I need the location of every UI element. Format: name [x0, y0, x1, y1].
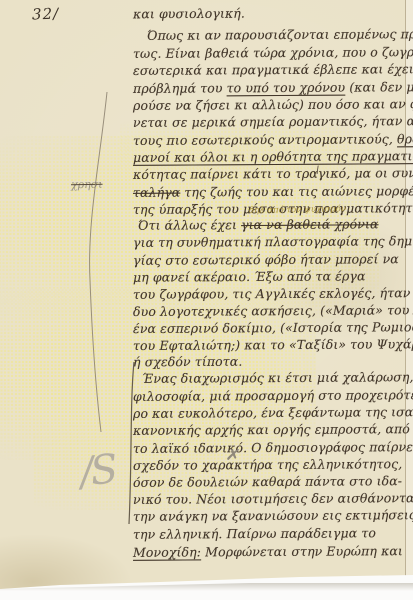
- manuscript-line: νεται σε μερικά σημεία ρομαντικός, ήταν …: [133, 113, 413, 130]
- manuscript-line: κότητας παίρνει κάτι το τραγικό, μα οι σ…: [133, 165, 413, 182]
- manuscript-segment-normal: μη φανεί ακέραιο. Έξω από τα έργα: [133, 268, 366, 284]
- manuscript-page: 32/ και φυσιολογική.Όπως κι αν παρουσιάζ…: [0, 0, 413, 600]
- pencil-x-mark: ✗: [224, 444, 242, 466]
- manuscript-line: για τη συνθηματική πλαστογραφία της δημι…: [133, 233, 413, 250]
- manuscript-line: φιλοσοφία, μιά προσαρμογή στο προχειρότε…: [133, 387, 413, 404]
- manuscript-line: ρο και ευκολότερο, ένα ξεφάντωμα της ισα…: [133, 404, 413, 421]
- manuscript-segment-normal: το λαϊκό ιδανικό. Ο δημοσιογράφος παίρνε…: [133, 439, 413, 456]
- manuscript-segment-normal: και φυσιολογική.: [133, 6, 245, 22]
- manuscript-segment-normal: όσον δε δουλειών καθαρά πάντα στο ιδα-: [133, 473, 402, 490]
- manuscript-line: του ζωγράφου, τις Αγγλικές εκλογές, ήταν: [133, 285, 411, 302]
- manuscript-line: ή σχεδόν τίποτα.: [133, 354, 242, 370]
- manuscript-segment-normal: εσωτερικά και πραγματικά έβλεπε και έχει…: [133, 61, 413, 78]
- manuscript-segment-normal: Ένας διαχωρισμός κι έτσι μιά χαλάρωση, μ…: [142, 369, 413, 386]
- manuscript-line: μη φανεί ακέραιο. Έξω από τα έργα: [133, 268, 366, 284]
- manuscript-segment-normal: γίας στο εσωτερικό φόβο ήταν μπορεί να: [133, 251, 399, 268]
- manuscript-segment-underline: μανοί και όλοι κι η ορθότητα της πραγματ…: [133, 148, 413, 165]
- manuscript-segment-normal: κανονικής αρχής και οργής εμπροστά, από: [133, 421, 410, 438]
- manuscript-segment-normal: ή σχεδόν τίποτα.: [133, 354, 242, 370]
- manuscript-segment-normal: νικό του. Νέοι ισοτιμήσεις δεν αισθάνοντ…: [133, 490, 413, 507]
- manuscript-segment-normal: Ότι άλλως έχει: [138, 217, 241, 233]
- manuscript-segment-normal: δυο λογοτεχνικές ασκήσεις, («Μαριά» του …: [133, 302, 413, 319]
- manuscript-segment-normal: την ανάγκη να ξανανιώσουν εις εκτιμήσεις: [133, 507, 413, 524]
- manuscript-line: την ανάγκη να ξανανιώσουν εις εκτιμήσεις: [133, 507, 413, 524]
- manuscript-segment-normal: πρόβλημά του: [133, 80, 227, 96]
- manuscript-line: εσωτερικά και πραγματικά έβλεπε και έχει…: [133, 61, 413, 78]
- manuscript-segment-normal: φιλοσοφία, μιά προσαρμογή στο προχειρότε…: [133, 387, 413, 404]
- manuscript-segment-underline: Μονοχίδη:: [133, 544, 201, 559]
- manuscript-segment-normal: ρο και ευκολότερο, ένα ξεφάντωμα της ισα…: [133, 404, 413, 421]
- manuscript-line: την ελληνική. Παίρνω παράδειγμα το: [133, 525, 376, 541]
- manuscript-segment-normal: της ζωής του και τις αιώνιες μορφές: [180, 183, 413, 199]
- manuscript-segment-underline: το υπό του χρόνου: [227, 80, 346, 96]
- manuscript-line: σχεδόν το χαρακτήρα της ελληνικότητος,: [133, 456, 402, 473]
- manuscript-line: δυο λογοτεχνικές ασκήσεις, («Μαριά» του …: [133, 302, 413, 319]
- manuscript-segment-normal: τους πιο εσωτερικούς αντιρομαντικούς,: [133, 131, 397, 148]
- manuscript-line: το λαϊκό ιδανικό. Ο δημοσιογράφος παίρνε…: [133, 439, 413, 456]
- manuscript-segment-normal: Όπως κι αν παρουσιάζονται επομένως πρώ-: [147, 26, 413, 43]
- manuscript-line: μανοί και όλοι κι η ορθότητα της πραγματ…: [133, 148, 413, 165]
- page-number: 32/: [32, 5, 60, 24]
- pencil-numeral-mark: /S: [78, 446, 118, 495]
- manuscript-segment-normal: Μορφώνεται στην Ευρώπη και: [201, 543, 403, 559]
- manuscript-segment-strike: για να βαθειά χρόνια: [241, 216, 379, 232]
- manuscript-segment-normal: ένα εσπερινό δοκίμιο, («Ιστορία της Ρωμι…: [133, 319, 413, 336]
- manuscript-segment-normal: για τη συνθηματική πλαστογραφία της δημι…: [133, 233, 413, 250]
- manuscript-line: νικό του. Νέοι ισοτιμήσεις δεν αισθάνοντ…: [133, 490, 413, 507]
- manuscript-line: και φυσιολογική.: [133, 6, 245, 22]
- manuscript-line: γίας στο εσωτερικό φόβο ήταν μπορεί να: [133, 251, 399, 268]
- manuscript-segment-normal: την ελληνική. Παίρνω παράδειγμα το: [133, 525, 376, 541]
- interlinear-correction-note: δηλ από τον ψυχισμόν: [249, 204, 346, 216]
- manuscript-segment-normal: ρούσε να ζήσει κι αλλιώς) που όσο και αν…: [133, 96, 413, 113]
- manuscript-segment-normal: (και δεν μπο-: [345, 79, 413, 95]
- manuscript-segment-underline: θρασύ-: [397, 131, 413, 146]
- manuscript-line: Ότι άλλως έχει για να βαθειά χρόνια: [138, 216, 379, 232]
- manuscript-segment-normal: σχεδόν το χαρακτήρα της ελληνικότητος,: [133, 456, 402, 473]
- manuscript-line: κανονικής αρχής και οργής εμπροστά, από: [133, 421, 410, 438]
- manuscript-line: πρόβλημά του το υπό του χρόνου (και δεν …: [133, 79, 413, 96]
- manuscript-line: τους πιο εσωτερικούς αντιρομαντικούς, θρ…: [133, 131, 413, 148]
- manuscript-line: ρούσε να ζήσει κι αλλιώς) που όσο και αν…: [133, 96, 413, 113]
- manuscript-line: ένα εσπερινό δοκίμιο, («Ιστορία της Ρωμι…: [133, 319, 413, 336]
- manuscript-segment-normal: νεται σε μερικά σημεία ρομαντικός, ήταν …: [133, 113, 413, 130]
- manuscript-line: του Εφταλιώτη;) και το «Ταξίδι» του Ψυχά…: [133, 336, 413, 353]
- manuscript-line: όσον δε δουλειών καθαρά πάντα στο ιδα-: [133, 473, 402, 490]
- manuscript-line: Όπως κι αν παρουσιάζονται επομένως πρώ-: [147, 26, 413, 43]
- manuscript-segment-normal: κότητας παίρνει κάτι το τραγικό, μα οι σ…: [133, 165, 413, 182]
- manuscript-segment-normal: του ζωγράφου, τις Αγγλικές εκλογές, ήταν: [133, 285, 411, 302]
- pencil-margin-note: χρησι: [71, 178, 103, 192]
- manuscript-segment-strike: ταλήγα: [133, 185, 180, 200]
- manuscript-line: Μονοχίδη: Μορφώνεται στην Ευρώπη και: [133, 543, 403, 560]
- manuscript-segment-normal: τως. Είναι βαθειά τώρα χρόνια, που ο ζωγ…: [133, 44, 413, 61]
- manuscript-segment-normal: του Εφταλιώτη;) και το «Ταξίδι» του Ψυχά…: [133, 336, 413, 353]
- manuscript-line: ταλήγα της ζωής του και τις αιώνιες μορφ…: [133, 183, 413, 200]
- manuscript-line: Ένας διαχωρισμός κι έτσι μιά χαλάρωση, μ…: [142, 369, 413, 386]
- manuscript-line: τως. Είναι βαθειά τώρα χρόνια, που ο ζωγ…: [133, 44, 413, 61]
